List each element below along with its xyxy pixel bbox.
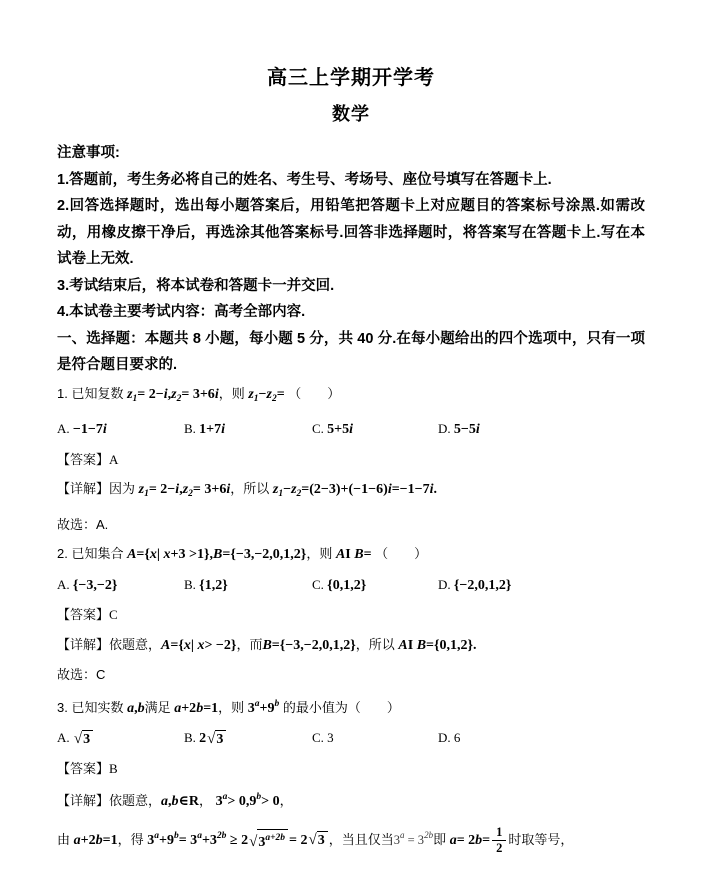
math-token: {−2,0,1,2} bbox=[454, 578, 512, 593]
math-token: C bbox=[109, 607, 118, 622]
math-token: {0,1,2} bbox=[327, 578, 366, 593]
math-token: = bbox=[482, 833, 490, 848]
math-token: B bbox=[354, 547, 363, 562]
math-token: 3 bbox=[248, 701, 255, 716]
math-token: − bbox=[259, 387, 267, 402]
q2-explanation: 【详解】依题意，A={x| x> −2}，而B={−3,−2,0,1,2}，所以… bbox=[57, 630, 645, 661]
math-token: B bbox=[109, 761, 118, 776]
note-1: 1.答题前，考生务必将自己的姓名、考生号、考场号、座位号填写在答题卡上. bbox=[57, 167, 645, 194]
math-token: B. bbox=[184, 577, 199, 592]
math-token: ={ bbox=[170, 638, 184, 653]
q1-conclusion: 故选：A. bbox=[57, 510, 645, 540]
exam-subject: 数学 bbox=[57, 100, 645, 128]
q1-answer: 【答案】A bbox=[57, 445, 645, 475]
math-token: ={ bbox=[136, 547, 150, 562]
radicand: 3 bbox=[317, 831, 328, 849]
math-token: 3 bbox=[318, 833, 325, 848]
math-token: =1 bbox=[203, 701, 218, 716]
q3-explanation-2: 由 a+2b=1，得 3a+9b= 3a+32b ≥ 2√3a+2b= 2√3，… bbox=[57, 817, 645, 859]
math-token: I bbox=[408, 638, 417, 653]
math-token: +9 bbox=[260, 701, 275, 716]
fraction-denominator: 2 bbox=[492, 841, 506, 856]
note-4: 4.本试卷主要考试内容：高考全部内容. bbox=[57, 299, 645, 326]
math-token: C. bbox=[312, 421, 327, 436]
math-token: a+2b bbox=[265, 833, 285, 843]
math-token: A. bbox=[57, 577, 73, 592]
math-token: A bbox=[161, 638, 170, 653]
math-token: +3 >1}, bbox=[171, 547, 213, 562]
radical-sign-icon: √ bbox=[74, 731, 82, 748]
math-token: ={−3,−2,0,1,2} bbox=[222, 547, 306, 562]
q2-option-b: B. {1,2} bbox=[184, 570, 312, 601]
math-token: − bbox=[283, 482, 291, 497]
math-token: = 2− bbox=[137, 387, 163, 402]
math-token: D. bbox=[438, 421, 454, 436]
math-token: x bbox=[184, 638, 191, 653]
math-token: = 3 bbox=[405, 833, 425, 847]
math-token: a bbox=[161, 794, 168, 809]
q1-option-c: C. 5+5i bbox=[312, 414, 438, 445]
note-2: 2.回答选择题时，选出每小题答案后，用铅笔把答题卡上对应题目的答案标号涂黑.如需… bbox=[57, 193, 645, 273]
q1-stem: 1. 已知复数 z1= 2−i,z2= 3+6i，则 z1−z2= （ ） bbox=[57, 379, 645, 415]
math-token: x bbox=[150, 547, 157, 562]
q2-conclusion: 故选：C bbox=[57, 660, 645, 690]
math-token: i bbox=[103, 422, 107, 437]
math-token: 2 bbox=[199, 731, 206, 746]
math-token: A bbox=[109, 452, 118, 467]
q3-option-c: C. 3 bbox=[312, 723, 438, 754]
exam-page: 高三上学期开学考 数学 注意事项:1.答题前，考生务必将自己的姓名、考生号、考场… bbox=[0, 0, 701, 877]
notes-heading: 注意事项: bbox=[57, 140, 645, 167]
q3-option-a: A. √3 bbox=[57, 723, 184, 754]
math-token: 5−5 bbox=[454, 422, 476, 437]
math-token: i bbox=[221, 422, 225, 437]
radicand: 3 bbox=[82, 730, 93, 748]
math-token: a bbox=[74, 833, 81, 848]
math-token: =−1−7 bbox=[392, 482, 430, 497]
math-token: 2b bbox=[217, 831, 227, 841]
math-token: i bbox=[226, 482, 230, 497]
math-token: = 3 bbox=[179, 833, 197, 848]
math-token: B bbox=[213, 547, 222, 562]
exam-body: 注意事项:1.答题前，考生务必将自己的姓名、考生号、考场号、座位号填写在答题卡上… bbox=[57, 140, 645, 859]
sqrt-radical: √3a+2b bbox=[249, 829, 288, 851]
q1-options: A. −1−7iB. 1+7iC. 5+5iD. 5−5i bbox=[57, 414, 645, 445]
math-token: B bbox=[262, 638, 271, 653]
math-token: = 3+6 bbox=[181, 387, 214, 402]
math-token: =(2−3)+(−1−6) bbox=[301, 482, 388, 497]
math-token: B. bbox=[184, 730, 199, 745]
q3-explanation-1: 【详解】依题意，a,b∈R， 3a> 0,9b> 0， bbox=[57, 783, 645, 817]
math-token: = 3+6 bbox=[193, 482, 226, 497]
math-token: . bbox=[473, 638, 477, 653]
q1-option-a: A. −1−7i bbox=[57, 414, 184, 445]
math-token: {−3,−2} bbox=[73, 578, 118, 593]
math-token: +2 bbox=[181, 701, 196, 716]
math-token: ≥ 2 bbox=[226, 833, 248, 848]
math-token: i bbox=[349, 422, 353, 437]
math-token: A. bbox=[57, 421, 73, 436]
exam-title: 高三上学期开学考 bbox=[57, 64, 645, 92]
q2-option-a: A. {−3,−2} bbox=[57, 570, 184, 601]
sqrt-radical: √3 bbox=[74, 730, 93, 748]
math-token: > 0 bbox=[261, 794, 279, 809]
radical-sign-icon: √ bbox=[249, 834, 257, 851]
math-token: ={−3,−2,0,1,2} bbox=[272, 638, 356, 653]
q2-stem: 2. 已知集合 A={x| x+3 >1},B={−3,−2,0,1,2}，则 … bbox=[57, 539, 645, 570]
note-3: 3.考试结束后，将本试卷和答题卡一并交回. bbox=[57, 273, 645, 300]
math-token: +3 bbox=[202, 833, 217, 848]
math-token: b bbox=[96, 833, 103, 848]
math-token: a bbox=[450, 833, 457, 848]
radicand: 3 bbox=[215, 730, 226, 748]
math-token: C. 3 bbox=[312, 730, 334, 745]
q2-option-c: C. {0,1,2} bbox=[312, 570, 438, 601]
math-token: 3 bbox=[83, 732, 90, 747]
q1-explanation: 【详解】因为 z1= 2−i,z2= 3+6i，所以 z1−z2=(2−3)+(… bbox=[57, 474, 645, 510]
radical-sign-icon: √ bbox=[207, 731, 215, 748]
math-token: −1−7 bbox=[73, 422, 103, 437]
sqrt-radical: √3 bbox=[207, 730, 226, 748]
fraction-numerator: 1 bbox=[492, 825, 506, 841]
math-token: ={0,1,2} bbox=[426, 638, 473, 653]
math-token: 2b bbox=[424, 830, 433, 840]
q3-options: A. √3B. 2√3C. 3D. 6 bbox=[57, 723, 645, 754]
math-token: b bbox=[275, 699, 280, 709]
math-token: = 2 bbox=[289, 833, 307, 848]
math-token: 3 bbox=[216, 732, 223, 747]
sqrt-radical: √3 bbox=[309, 831, 328, 849]
math-token: 5+5 bbox=[327, 422, 349, 437]
math-token: i bbox=[215, 387, 219, 402]
q3-stem: 3. 已知实数 a,b满足 a+2b=1，则 3a+9b 的最小值为（ ） bbox=[57, 690, 645, 724]
math-token: = 2 bbox=[457, 833, 475, 848]
q1-option-d: D. 5−5i bbox=[438, 414, 645, 445]
radical-sign-icon: √ bbox=[309, 832, 317, 849]
math-token: +9 bbox=[159, 833, 174, 848]
section-1-heading: 一、选择题：本题共 8 小题，每小题 5 分，共 40 分.在每小题给出的四个选… bbox=[57, 326, 645, 379]
math-token: | bbox=[157, 547, 164, 562]
math-token: b bbox=[138, 701, 145, 716]
math-token: A. bbox=[57, 730, 73, 745]
math-token: C. bbox=[312, 577, 327, 592]
math-token: i bbox=[476, 422, 480, 437]
math-token: +2 bbox=[81, 833, 96, 848]
math-token: . bbox=[434, 482, 438, 497]
q1-option-b: B. 1+7i bbox=[184, 414, 312, 445]
math-token: 3 bbox=[216, 794, 223, 809]
math-token: =1 bbox=[103, 833, 118, 848]
q2-answer: 【答案】C bbox=[57, 600, 645, 630]
math-token: = bbox=[277, 387, 288, 402]
math-token: D. 6 bbox=[438, 730, 460, 745]
math-token: {1,2} bbox=[199, 578, 228, 593]
math-token: > 0, bbox=[227, 794, 249, 809]
math-token: = 2− bbox=[149, 482, 175, 497]
math-token: > −2} bbox=[204, 638, 236, 653]
math-token: A bbox=[398, 638, 407, 653]
radicand: 3a+2b bbox=[257, 829, 288, 851]
math-token: b bbox=[172, 794, 179, 809]
math-token: B bbox=[417, 638, 426, 653]
fraction: 12 bbox=[492, 825, 506, 856]
math-token: ∈R bbox=[179, 794, 199, 809]
math-token: D. bbox=[438, 577, 454, 592]
math-token: A bbox=[336, 547, 345, 562]
math-token: x bbox=[164, 547, 171, 562]
q3-answer: 【答案】B bbox=[57, 754, 645, 784]
q3-option-d: D. 6 bbox=[438, 723, 645, 754]
math-token: = bbox=[364, 547, 375, 562]
math-token: I bbox=[345, 547, 354, 562]
math-token: 1+7 bbox=[199, 422, 221, 437]
math-token: B. bbox=[184, 421, 199, 436]
q2-options: A. {−3,−2}B. {1,2}C. {0,1,2}D. {−2,0,1,2… bbox=[57, 570, 645, 601]
q3-option-b: B. 2√3 bbox=[184, 723, 312, 754]
q2-option-d: D. {−2,0,1,2} bbox=[438, 570, 645, 601]
